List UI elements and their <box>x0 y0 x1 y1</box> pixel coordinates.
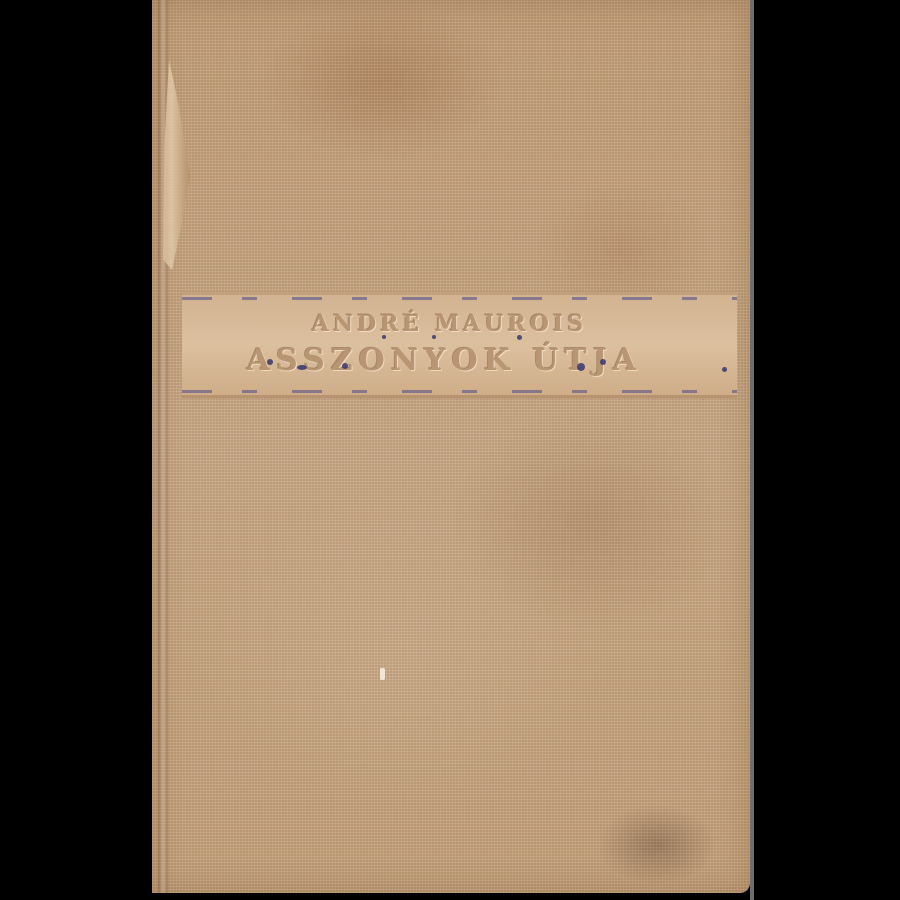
ink-fleck <box>382 335 386 339</box>
page-edge-shadow <box>750 0 754 900</box>
ink-fleck <box>297 365 307 370</box>
author-name: ANDRÉ MAUROIS <box>162 311 737 337</box>
ink-fleck <box>267 359 273 365</box>
ink-fleck <box>722 367 727 372</box>
label-rule-bottom <box>182 390 737 393</box>
title-label: ANDRÉ MAUROIS ASSZONYOK ÚTJA <box>182 292 737 398</box>
book-cover: ANDRÉ MAUROIS ASSZONYOK ÚTJA <box>152 0 750 893</box>
ink-fleck <box>577 363 585 371</box>
worn-spot <box>380 668 385 680</box>
ink-fleck <box>432 335 436 339</box>
label-rule-top <box>182 297 737 300</box>
ink-fleck <box>517 335 522 340</box>
book-title: ASSZONYOK ÚTJA <box>152 343 737 378</box>
ink-fleck <box>600 359 606 365</box>
ink-fleck <box>342 363 348 369</box>
